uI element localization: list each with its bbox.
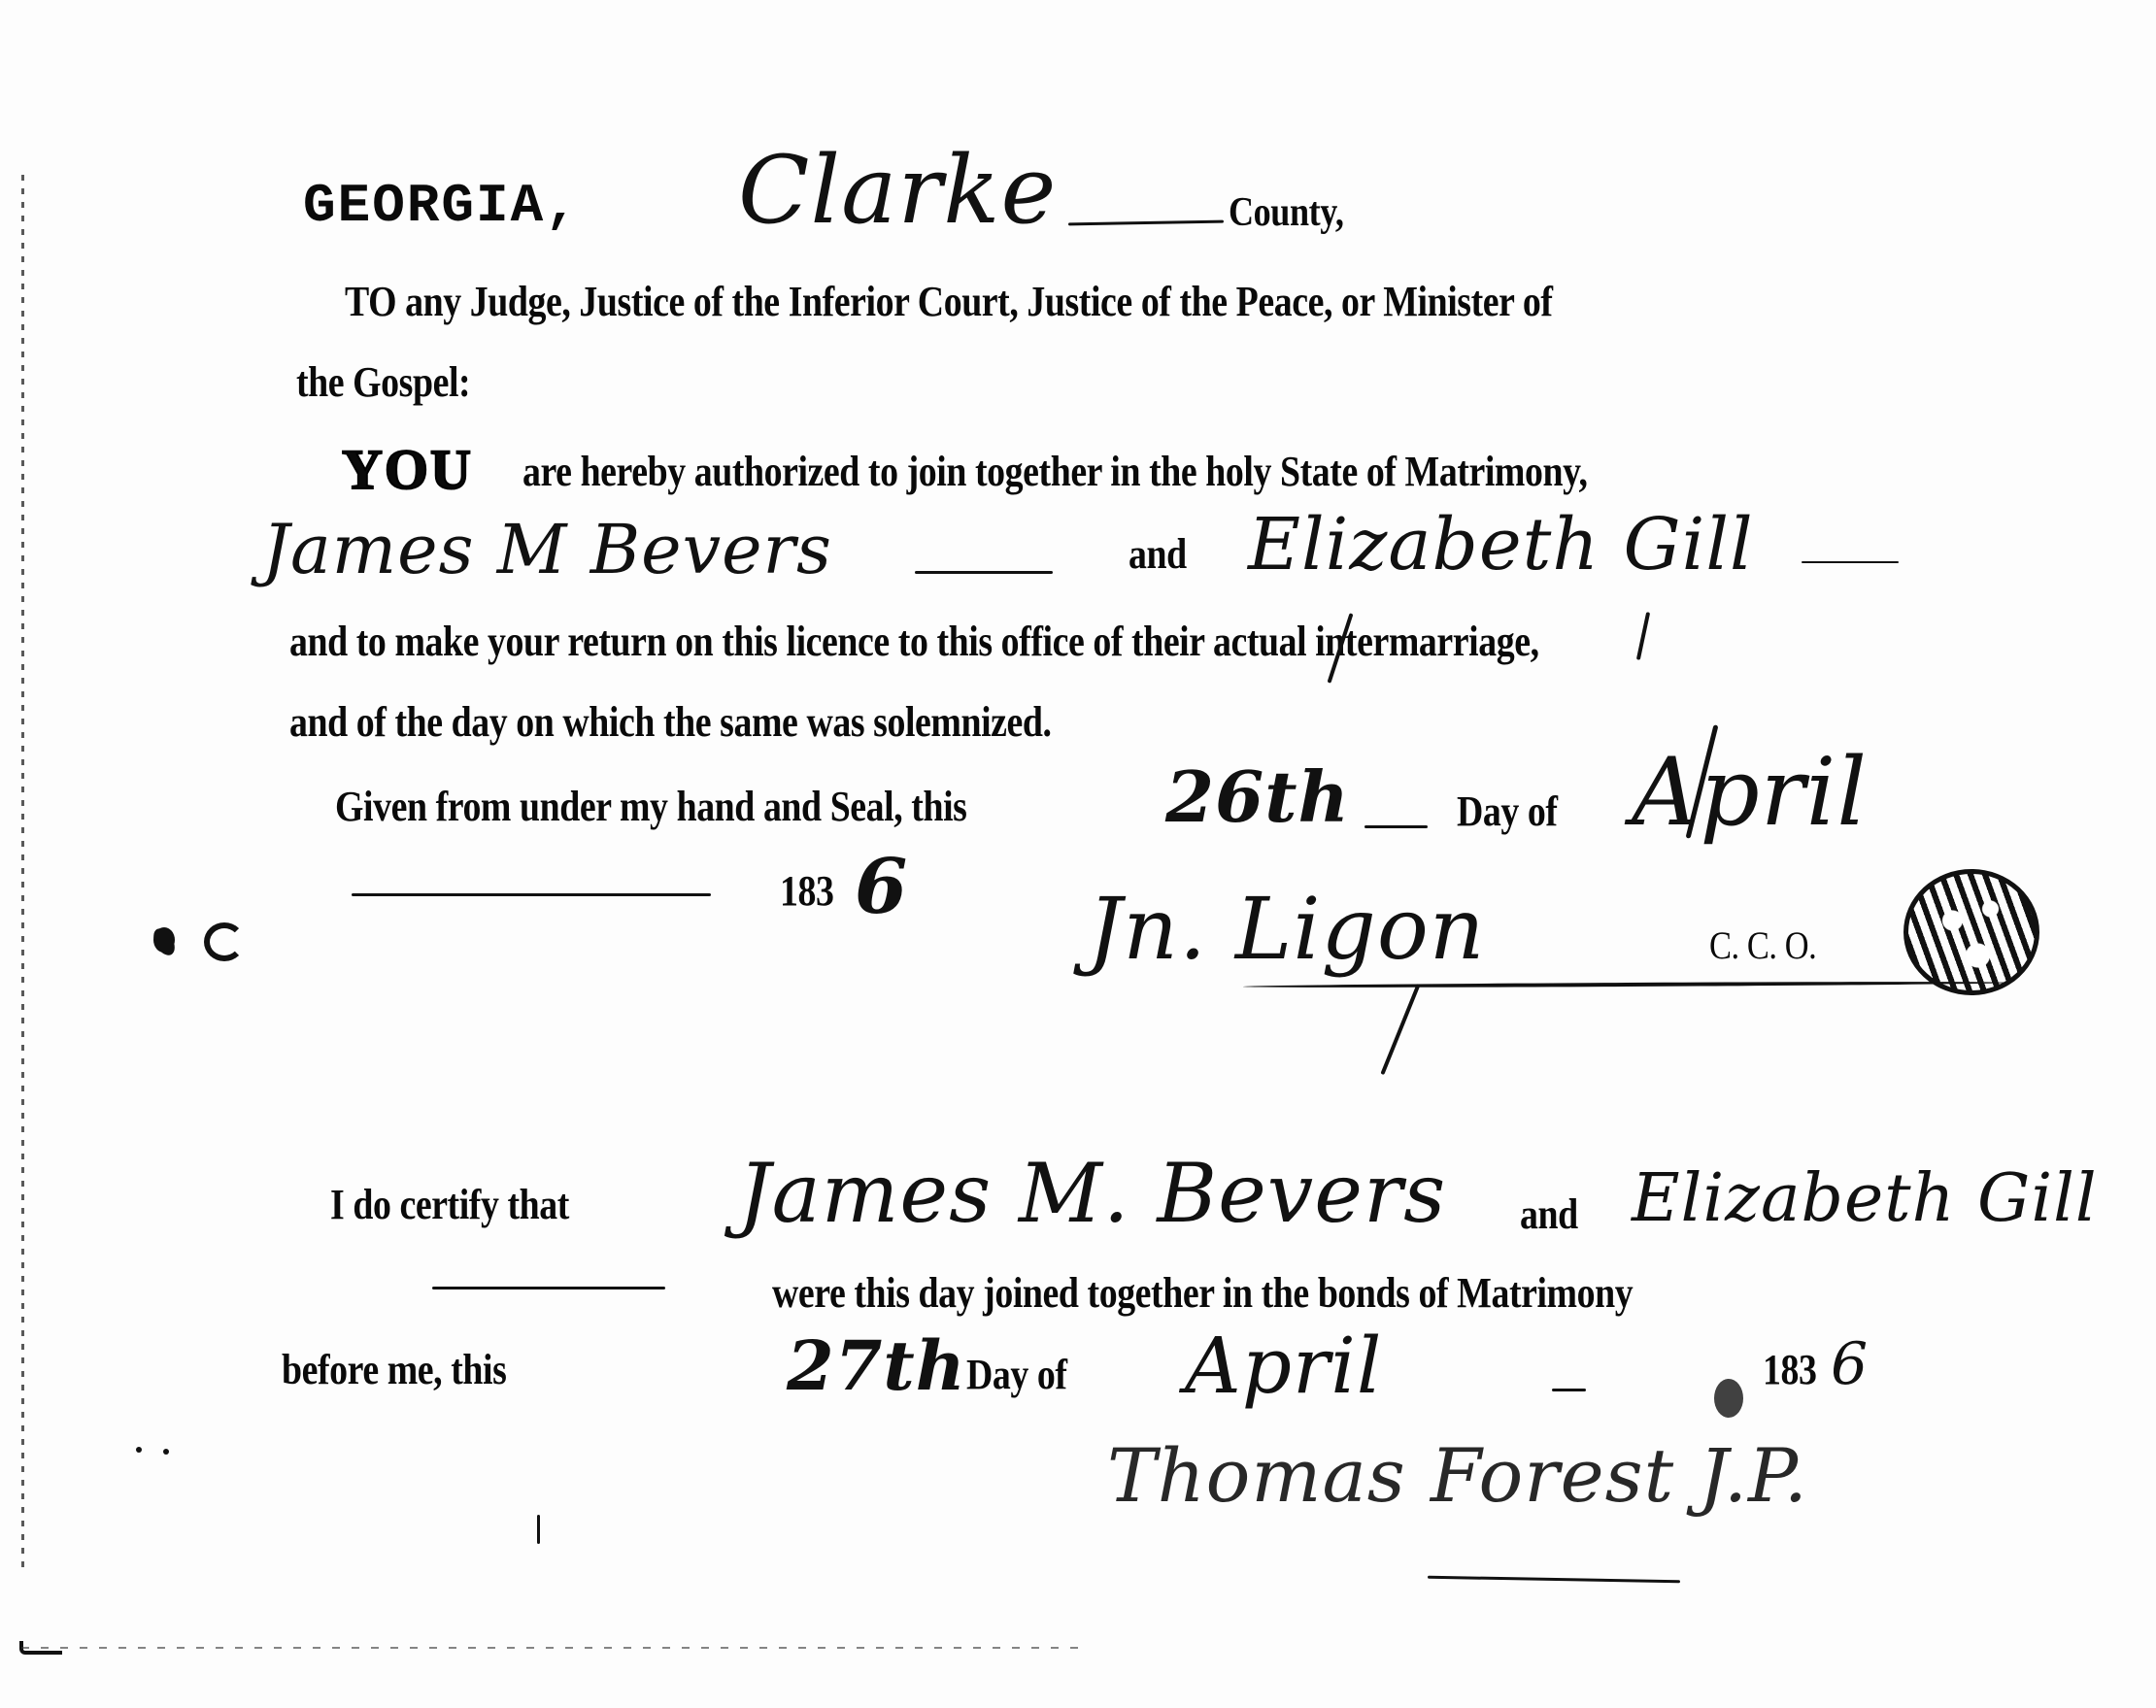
speck <box>537 1515 540 1544</box>
bottom-edge <box>21 1647 1090 1649</box>
cert-day-of-label: Day of <box>966 1350 1067 1399</box>
signature-underline <box>1243 981 2010 988</box>
day-blank-line <box>1364 825 1428 828</box>
cert-month-blank <box>1552 1389 1586 1391</box>
county-label: County, <box>1229 189 1343 236</box>
cert-and-label: and <box>1520 1189 1578 1239</box>
joined-text: were this day joined together in the bon… <box>772 1268 1633 1318</box>
state-heading: GEORGIA, <box>303 175 580 237</box>
left-margin-edge <box>21 175 24 1573</box>
certify-text: I do certify that <box>330 1180 569 1229</box>
clerk-signature: Jn. Ligon <box>1088 879 1485 979</box>
given-day-handwritten: 26th <box>1165 755 1350 838</box>
you-lead-word: YOU <box>342 437 473 502</box>
ink-stroke <box>1636 612 1650 660</box>
groom-blank-line <box>915 571 1053 574</box>
speck <box>163 1449 169 1455</box>
return-line: and to make your return on this licence … <box>289 617 1539 666</box>
ink-blot <box>204 922 245 961</box>
year-blank-line <box>352 893 711 896</box>
before-me-text: before me, this <box>282 1345 506 1394</box>
bride-name-handwritten: Elizabeth Gill <box>1248 503 1754 586</box>
cert-day-handwritten: 27th <box>787 1325 966 1406</box>
given-year-digit-handwritten: 6 <box>855 843 908 931</box>
cert-bride-handwritten: Elizabeth Gill <box>1632 1160 2098 1237</box>
county-blank-line <box>1068 220 1224 226</box>
officiant-signature: Thomas Forest J.P. <box>1107 1432 1808 1519</box>
solemnized-line: and of the day on which the same was sol… <box>289 697 1052 747</box>
bride-blank-line <box>1802 561 1899 563</box>
ink-blot <box>1714 1379 1743 1418</box>
cert-year-printed: 183 <box>1763 1345 1816 1394</box>
cert-year-digit-handwritten: 6 <box>1831 1330 1869 1398</box>
address-line-1: TO any Judge, Justice of the Inferior Co… <box>345 277 1552 326</box>
clerk-title: C. C. O. <box>1709 922 1816 968</box>
cert-blank-line <box>432 1287 665 1289</box>
address-line-2: the Gospel: <box>296 357 470 407</box>
ink-stroke <box>1380 984 1420 1075</box>
cert-groom-handwritten: James M. Bevers <box>738 1146 1446 1241</box>
given-month-handwritten: April <box>1632 738 1868 847</box>
speck <box>136 1447 142 1453</box>
given-year-printed: 183 <box>780 866 833 916</box>
cert-month-handwritten: April <box>1185 1321 1382 1411</box>
given-text: Given from under my hand and Seal, this <box>335 782 966 831</box>
day-of-label: Day of <box>1457 787 1558 836</box>
officiant-underline <box>1428 1576 1680 1584</box>
county-handwritten: Clarke <box>738 136 1057 245</box>
and-label: and <box>1129 529 1187 579</box>
authorization-text: are hereby authorized to join together i… <box>522 447 1588 496</box>
ink-blot <box>153 927 175 953</box>
wax-seal-icon <box>1903 869 2039 995</box>
groom-name-handwritten: James M Bevers <box>262 510 832 589</box>
